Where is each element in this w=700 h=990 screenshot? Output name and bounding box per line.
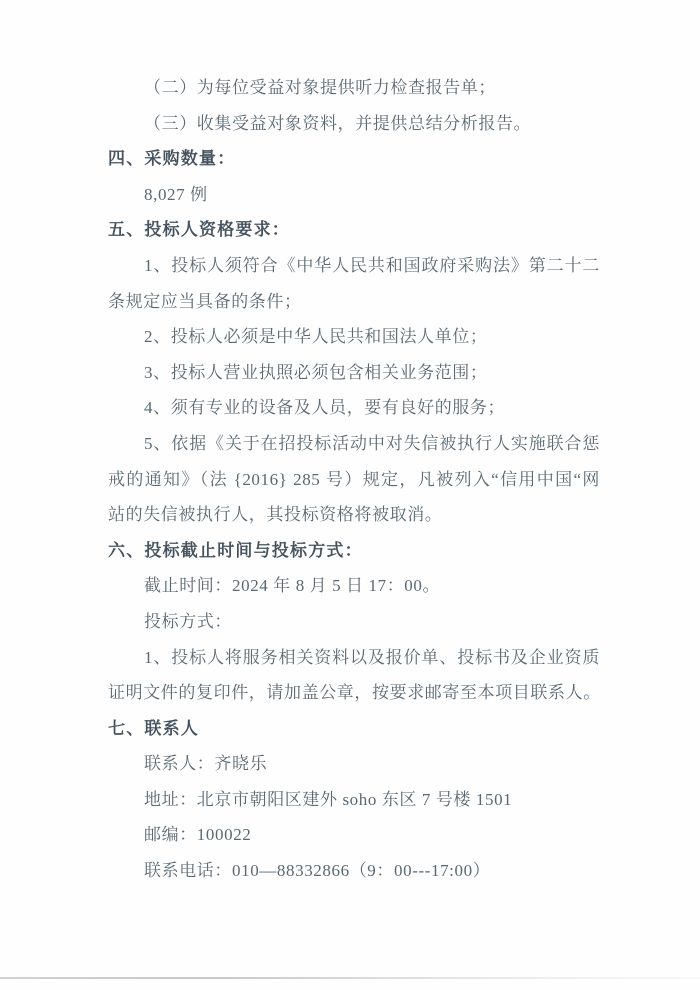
document-page: （二）为每位受益对象提供听力检查报告单；（三）收集受益对象资料，并提供总结分析报…: [0, 0, 700, 990]
document-line: 站的失信被执行人，其投标资格将被取消。: [108, 497, 600, 533]
document-line: 地址：北京市朝阳区建外 soho 东区 7 号楼 1501: [108, 782, 600, 818]
scan-edge-artifact: [0, 977, 700, 979]
document-line: 条规定应当具备的条件；: [108, 284, 600, 320]
document-line: 4、须有专业的设备及人员，要有良好的服务；: [108, 390, 600, 426]
document-line: 1、投标人将服务相关资料以及报价单、投标书及企业资质: [108, 640, 600, 676]
document-line: 5、依据《关于在招投标活动中对失信被执行人实施联合惩: [108, 426, 600, 462]
section-heading: 五、投标人资格要求：: [108, 212, 600, 248]
document-line: （二）为每位受益对象提供听力检查报告单；: [108, 70, 600, 106]
document-line: 投标方式：: [108, 604, 600, 640]
document-line: 截止时间：2024 年 8 月 5 日 17：00。: [108, 568, 600, 604]
document-line: 3、投标人营业执照必须包含相关业务范围；: [108, 355, 600, 391]
document-line: 2、投标人必须是中华人民共和国法人单位；: [108, 319, 600, 355]
document-line: 联系人：齐晓乐: [108, 746, 600, 782]
document-line: 证明文件的复印件，请加盖公章，按要求邮寄至本项目联系人。: [108, 675, 600, 711]
section-heading: 四、采购数量：: [108, 141, 600, 177]
document-body: （二）为每位受益对象提供听力检查报告单；（三）收集受益对象资料，并提供总结分析报…: [108, 70, 600, 889]
document-line: 联系电话：010—88332866（9：00---17:00）: [108, 853, 600, 889]
document-line: 8,027 例: [108, 177, 600, 213]
document-line: 邮编：100022: [108, 817, 600, 853]
document-line: 1、投标人须符合《中华人民共和国政府采购法》第二十二: [108, 248, 600, 284]
section-heading: 六、投标截止时间与投标方式：: [108, 533, 600, 569]
document-line: （三）收集受益对象资料，并提供总结分析报告。: [108, 106, 600, 142]
document-line: 戒的通知》（法 {2016} 285 号）规定，凡被列入“信用中国“网: [108, 462, 600, 498]
section-heading: 七、联系人: [108, 711, 600, 747]
